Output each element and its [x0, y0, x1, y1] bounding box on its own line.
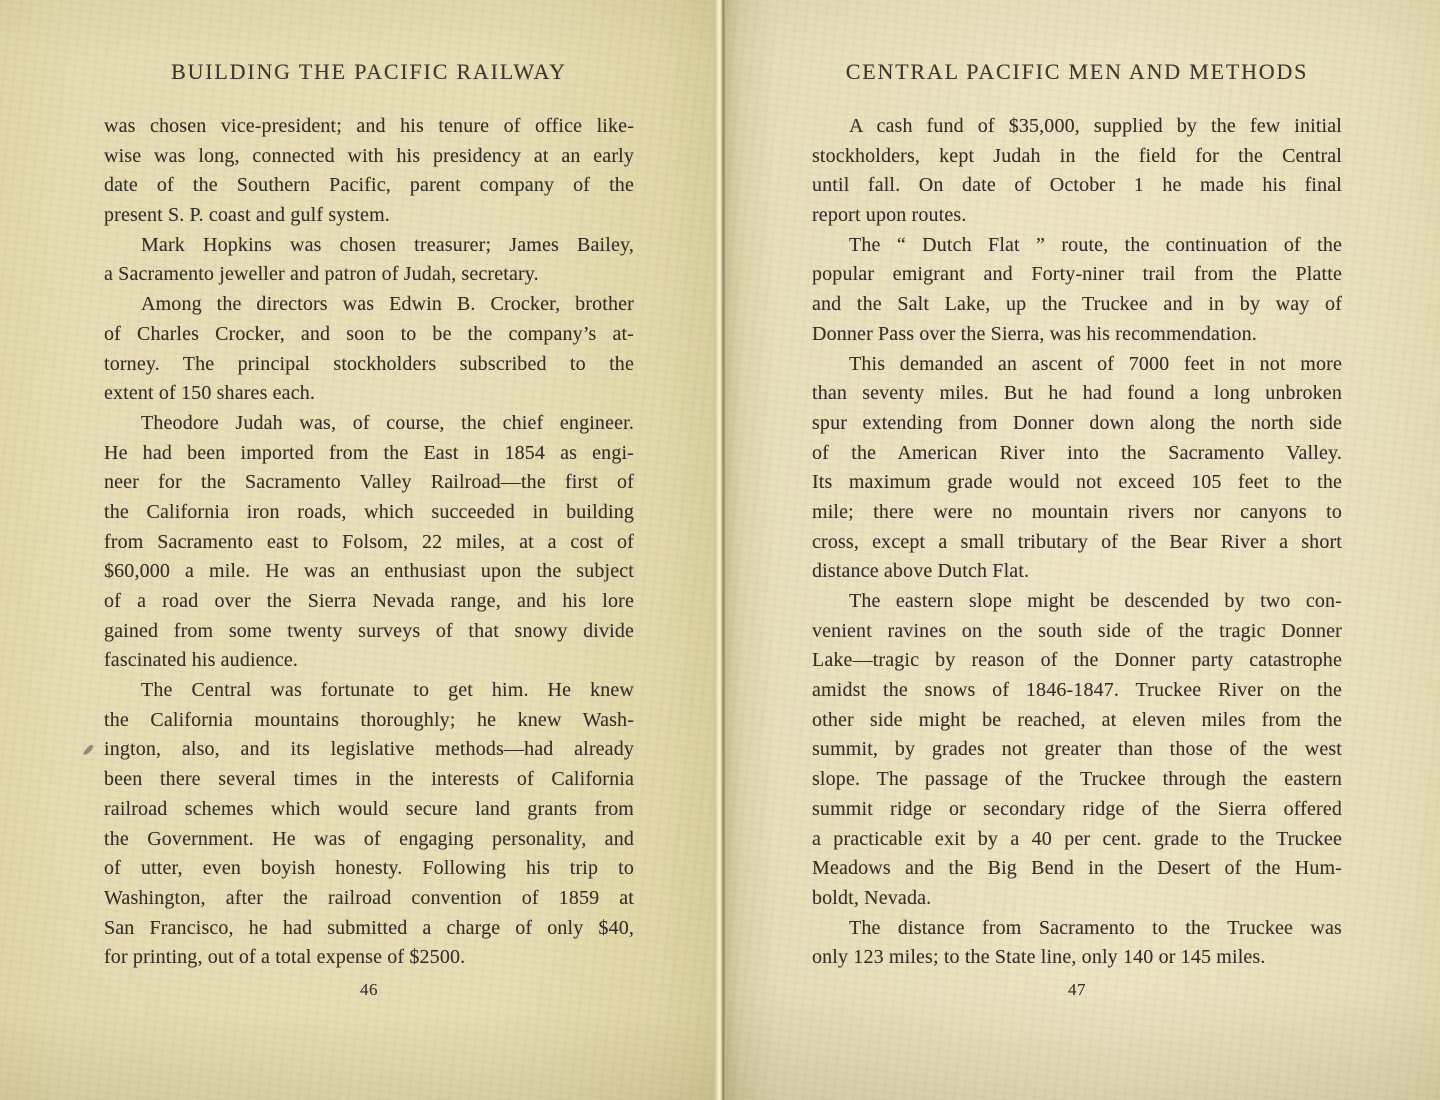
text-line: been there several times in the interest… [104, 765, 634, 795]
text-line: Lake—tragic by reason of the Donner part… [812, 646, 1342, 676]
text-line: report upon routes. [812, 201, 1342, 231]
text-line: The eastern slope might be descended by … [812, 587, 1342, 617]
text-line: of Charles Crocker, and soon to be the c… [104, 320, 634, 350]
text-line: mile; there were no mountain rivers nor … [812, 498, 1342, 528]
text-line: the California mountains thoroughly; he … [104, 706, 634, 736]
text-line: extent of 150 shares each. [104, 379, 634, 409]
text-line: gained from some twenty surveys of that … [104, 617, 634, 647]
book-spread: BUILDING THE PACIFIC RAILWAY was chosen … [0, 0, 1440, 1100]
text-line: Washington, after the railroad conventio… [104, 884, 634, 914]
text-line: fascinated his audience. [104, 646, 634, 676]
text-line: for printing, out of a total expense of … [104, 943, 634, 973]
right-page-text: A cash fund of $35,000, supplied by the … [812, 112, 1342, 973]
text-line: other side might be reached, at eleven m… [812, 706, 1342, 736]
text-line: A cash fund of $35,000, supplied by the … [812, 112, 1342, 142]
text-line: from Sacramento east to Folsom, 22 miles… [104, 528, 634, 558]
text-line: Theodore Judah was, of course, the chief… [104, 409, 634, 439]
text-line: present S. P. coast and gulf system. [104, 201, 634, 231]
text-line: only 123 miles; to the State line, only … [812, 943, 1342, 973]
text-line: of a road over the Sierra Nevada range, … [104, 587, 634, 617]
text-line: distance above Dutch Flat. [812, 557, 1342, 587]
text-line: The Central was fortunate to get him. He… [104, 676, 634, 706]
text-line: the Government. He was of engaging perso… [104, 825, 634, 855]
text-line: cross, except a small tributary of the B… [812, 528, 1342, 558]
text-line: San Francisco, he had submitted a charge… [104, 914, 634, 944]
text-line: amidst the snows of 1846-1847. Truckee R… [812, 676, 1342, 706]
text-line: than seventy miles. But he had found a l… [812, 379, 1342, 409]
text-line: neer for the Sacramento Valley Railroad—… [104, 468, 634, 498]
text-line: The “ Dutch Flat ” route, the continuati… [812, 231, 1342, 261]
text-line: slope. The passage of the Truckee throug… [812, 765, 1342, 795]
left-page-text: was chosen vice-president; and his tenur… [104, 112, 634, 973]
text-line: of utter, even boyish honesty. Following… [104, 854, 634, 884]
text-line: wise was long, connected with his presid… [104, 142, 634, 172]
text-line: ington, also, and its legislative method… [104, 735, 634, 765]
text-line: a Sacramento jeweller and patron of Juda… [104, 260, 634, 290]
text-line: Its maximum grade would not exceed 105 f… [812, 468, 1342, 498]
left-page-number: 46 [104, 980, 634, 1000]
text-line: The distance from Sacramento to the Truc… [812, 914, 1342, 944]
text-line: until fall. On date of October 1 he made… [812, 171, 1342, 201]
text-line: torney. The principal stockholders subsc… [104, 350, 634, 380]
text-line: Meadows and the Big Bend in the Desert o… [812, 854, 1342, 884]
text-line: popular emigrant and Forty-niner trail f… [812, 260, 1342, 290]
text-line: Donner Pass over the Sierra, was his rec… [812, 320, 1342, 350]
text-line: This demanded an ascent of 7000 feet in … [812, 350, 1342, 380]
left-page: BUILDING THE PACIFIC RAILWAY was chosen … [0, 0, 714, 1100]
text-line: He had been imported from the East in 18… [104, 439, 634, 469]
left-page-header: BUILDING THE PACIFIC RAILWAY [104, 58, 634, 86]
text-line: venient ravines on the south side of the… [812, 617, 1342, 647]
text-line: summit, by grades not greater than those… [812, 735, 1342, 765]
text-line: the California iron roads, which succeed… [104, 498, 634, 528]
ink-speck [83, 744, 95, 756]
text-line: boldt, Nevada. [812, 884, 1342, 914]
text-line: was chosen vice-president; and his tenur… [104, 112, 634, 142]
text-line: spur extending from Donner down along th… [812, 409, 1342, 439]
text-line: stockholders, kept Judah in the field fo… [812, 142, 1342, 172]
right-page-number: 47 [812, 980, 1342, 1000]
text-line: summit ridge or secondary ridge of the S… [812, 795, 1342, 825]
text-line: date of the Southern Pacific, parent com… [104, 171, 634, 201]
text-line: of the American River into the Sacrament… [812, 439, 1342, 469]
text-line: railroad schemes which would secure land… [104, 795, 634, 825]
book-gutter [714, 0, 726, 1100]
text-line: and the Salt Lake, up the Truckee and in… [812, 290, 1342, 320]
text-line: Among the directors was Edwin B. Crocker… [104, 290, 634, 320]
right-page-header: CENTRAL PACIFIC MEN AND METHODS [812, 58, 1342, 86]
right-page: CENTRAL PACIFIC MEN AND METHODS A cash f… [726, 0, 1440, 1100]
text-line: Mark Hopkins was chosen treasurer; James… [104, 231, 634, 261]
text-line: $60,000 a mile. He was an enthusiast upo… [104, 557, 634, 587]
text-line: a practicable exit by a 40 per cent. gra… [812, 825, 1342, 855]
